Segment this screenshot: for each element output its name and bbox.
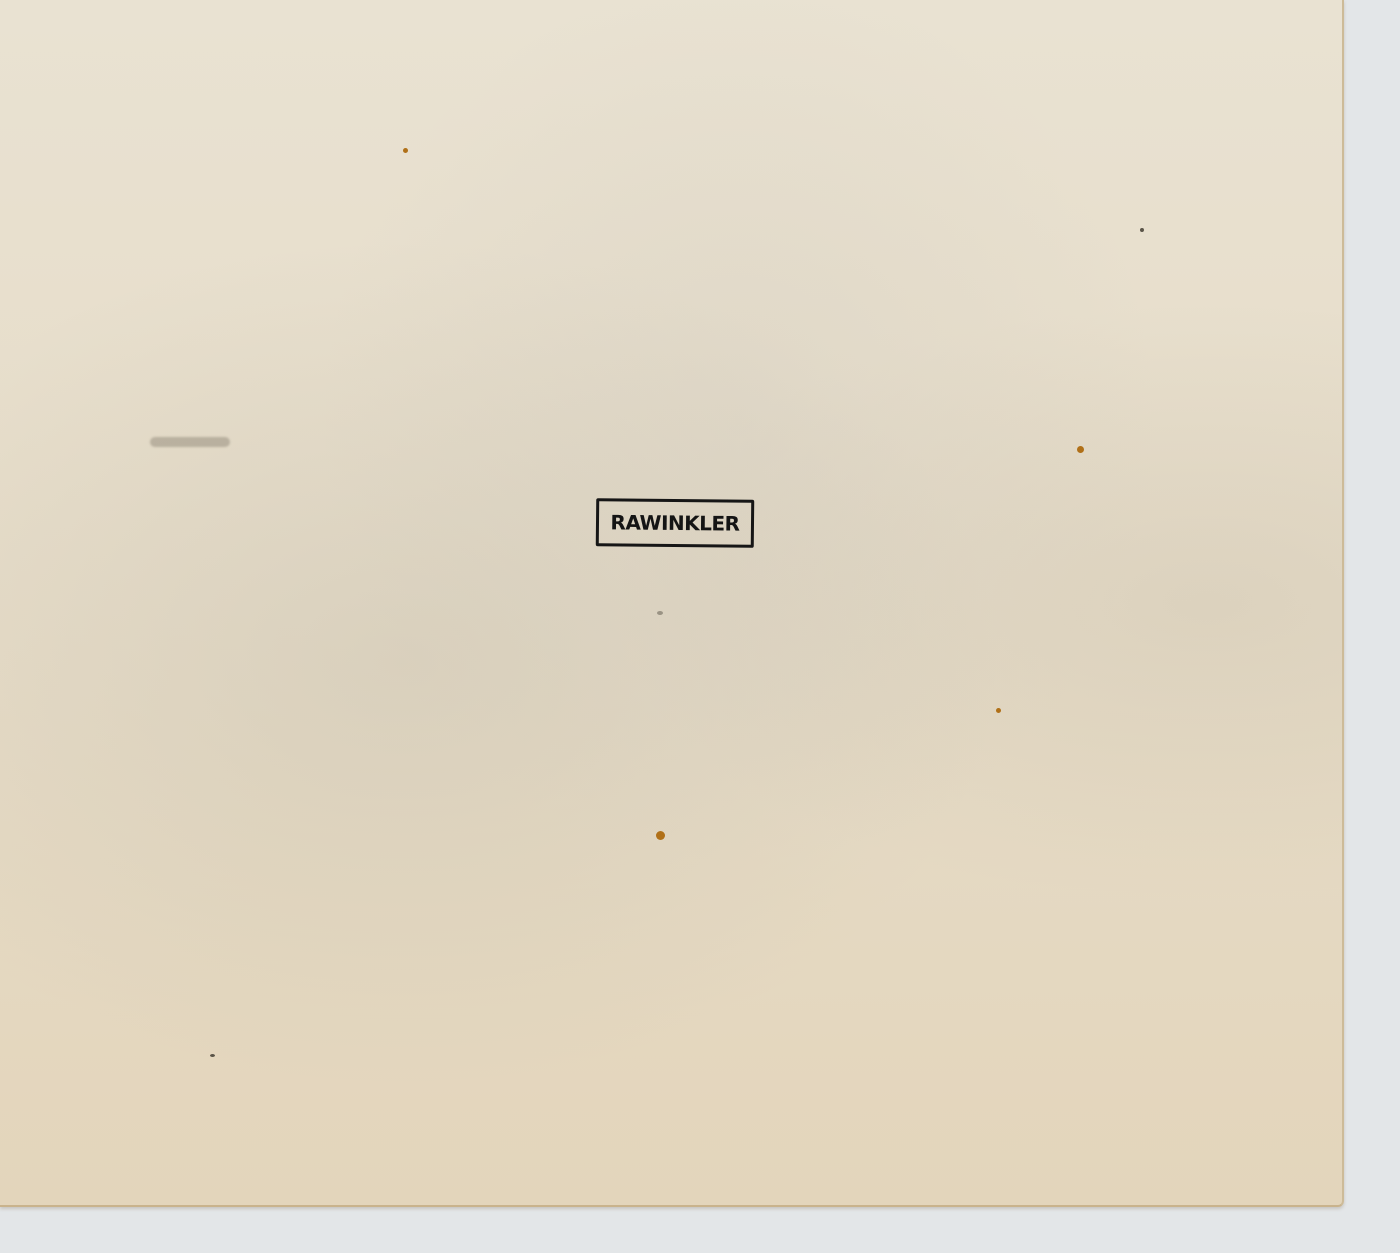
dark-fleck: [1140, 228, 1144, 232]
stamp-text: RAWINKLER: [610, 510, 739, 535]
dark-fleck: [210, 1054, 215, 1057]
ink-smudge: [150, 437, 230, 447]
foxing-spot: [996, 708, 1001, 713]
aged-paper-sheet: [0, 0, 1344, 1207]
foxing-spot: [656, 831, 665, 840]
foxing-spot: [1077, 446, 1084, 453]
foxing-spot: [403, 148, 408, 153]
dark-fleck: [657, 611, 663, 615]
artist-stamp: RAWINKLER: [596, 498, 754, 548]
